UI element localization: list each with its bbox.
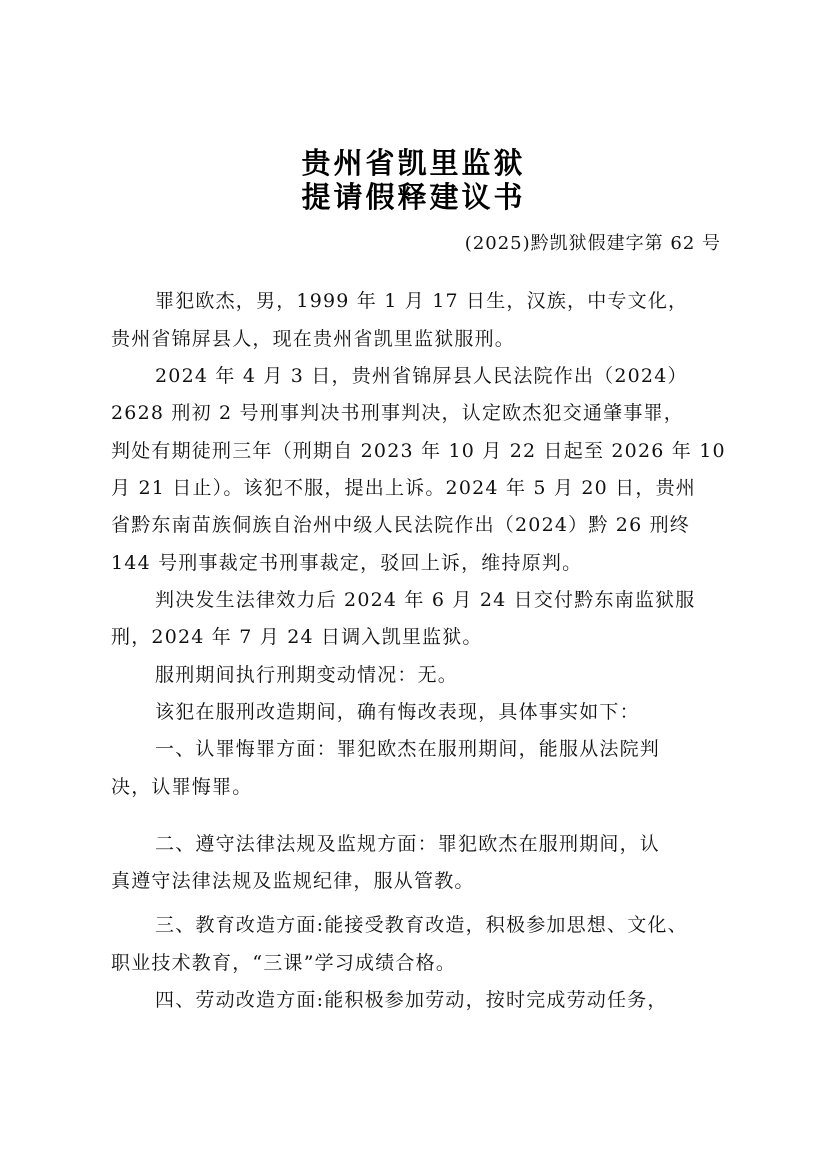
paragraph-line: 判处有期徒刑三年（刑期自 2023 年 10 月 22 日起至 2026 年 1… (111, 438, 726, 464)
paragraph-line: 判决发生法律效力后 2024 年 6 月 24 日交付黔东南监狱服 (155, 587, 695, 613)
paragraph-line: 该犯在服刑改造期间，确有悔改表现，具体事实如下： (155, 699, 640, 725)
paragraph-line: 三、教育改造方面:能接受教育改造，积极参加思想、文化、 (155, 912, 688, 938)
paragraph-line: 2628 刑初 2 号刑事判决书刑事判决，认定欧杰犯交通肇事罪， (111, 400, 684, 426)
paragraph-line: 职业技术教育，“三课”学习成绩合格。 (111, 950, 456, 976)
paragraph-line: 决，认罪悔罪。 (111, 774, 252, 800)
paragraph-line: 贵州省锦屏县人，现在贵州省凯里监狱服刑。 (111, 326, 515, 352)
document-page: 贵州省凯里监狱 提请假释建议书 (2025)黔凯狱假建字第 62 号 罪犯欧杰，… (0, 0, 827, 1169)
paragraph-line: 真遵守法律法规及监规纪律，服从管教。 (111, 868, 475, 894)
document-title-type: 提请假释建议书 (0, 180, 827, 214)
paragraph-line: 四、劳动改造方面:能积极参加劳动，按时完成劳动任务， (155, 987, 668, 1013)
paragraph-line: 一、认罪悔罪方面：罪犯欧杰在服刑期间，能服从法院判 (155, 736, 660, 762)
paragraph-line: 2024 年 4 月 3 日，贵州省锦屏县人民法院作出（2024） (155, 363, 688, 389)
paragraph-line: 罪犯欧杰，男，1999 年 1 月 17 日生，汉族，中专文化， (155, 288, 688, 314)
paragraph-line: 省黔东南苗族侗族自治州中级人民法院作出（2024）黔 26 刑终 (111, 512, 690, 538)
paragraph-line: 二、遵守法律法规及监规方面：罪犯欧杰在服刑期间，认 (155, 831, 660, 857)
paragraph-line: 144 号刑事裁定书刑事裁定，驳回上诉，维持原判。 (111, 550, 582, 576)
paragraph-line: 月 21 日止）。该犯不服，提出上诉。2024 年 5 月 20 日，贵州 (111, 475, 696, 501)
document-title-institution: 贵州省凯里监狱 (0, 146, 827, 180)
document-number: (2025)黔凯狱假建字第 62 号 (465, 231, 721, 257)
paragraph-line: 服刑期间执行刑期变动情况：无。 (155, 662, 458, 688)
paragraph-line: 刑，2024 年 7 月 24 日调入凯里监狱。 (111, 624, 483, 650)
